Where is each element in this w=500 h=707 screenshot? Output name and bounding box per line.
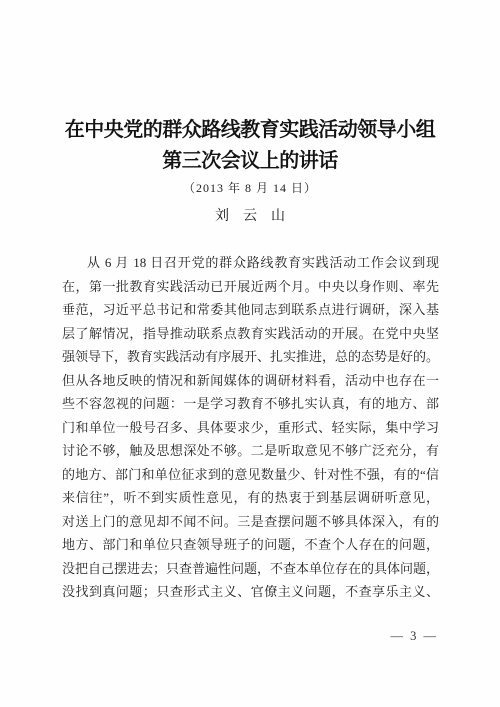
page-number: — 3 — (391, 629, 439, 644)
body-line: 些不容忽视的问题：一是学习教育不够扎实认真，有的地方、部 (62, 392, 439, 416)
document-date: （2013 年 8 月 14 日） (0, 179, 500, 196)
document-author: 刘 云 山 (0, 205, 500, 225)
body-line: 强领导下，教育实践活动有序展开、扎实推进，总的态势是好的。 (62, 345, 439, 369)
body-line: 来信往”，听不到实质性意见，有的热衷于到基层调研听意见， (62, 486, 439, 510)
body-line: 讨论不够，触及思想深处不够。二是听取意见不够广泛充分，有 (62, 439, 439, 463)
body-line: 从 6 月 18 日召开党的群众路线教育实践活动工作会议到现 (62, 251, 439, 275)
body-line: 对送上门的意见却不闻不问。三是查摆问题不够具体深入，有的 (62, 510, 439, 534)
body-line: 门和单位一般号召多、具体要求少，重形式、轻实际，集中学习 (62, 416, 439, 440)
body-line: 但从各地反映的情况和新闻媒体的调研材料看，活动中也存在一 (62, 369, 439, 393)
body-line: 层了解情况，指导推动联系点教育实践活动的开展。在党中央坚 (62, 322, 439, 346)
body-line: 地方、部门和单位只查领导班子的问题，不查个人存在的问题， (62, 533, 439, 557)
body-line: 垂范，习近平总书记和常委其他同志到联系点进行调研，深入基 (62, 298, 439, 322)
document-page: 在中央党的群众路线教育实践活动领导小组 第三次会议上的讲话 （2013 年 8 … (0, 0, 500, 707)
document-title-line1: 在中央党的群众路线教育实践活动领导小组 (0, 113, 500, 142)
document-body: 从 6 月 18 日召开党的群众路线教育实践活动工作会议到现 在，第一批教育实践… (62, 251, 439, 604)
body-line: 在，第一批教育实践活动已开展近两个月。中央以身作则、率先 (62, 275, 439, 299)
document-title-line2: 第三次会议上的讲话 (0, 144, 500, 173)
body-line: 没找到真问题；只查形式主义、官僚主义问题，不查享乐主义、 (62, 580, 439, 604)
body-line: 没把自己摆进去；只查普遍性问题，不查本单位存在的具体问题， (62, 557, 439, 581)
body-line: 的地方、部门和单位征求到的意见数量少、针对性不强，有的“信 (62, 463, 439, 487)
